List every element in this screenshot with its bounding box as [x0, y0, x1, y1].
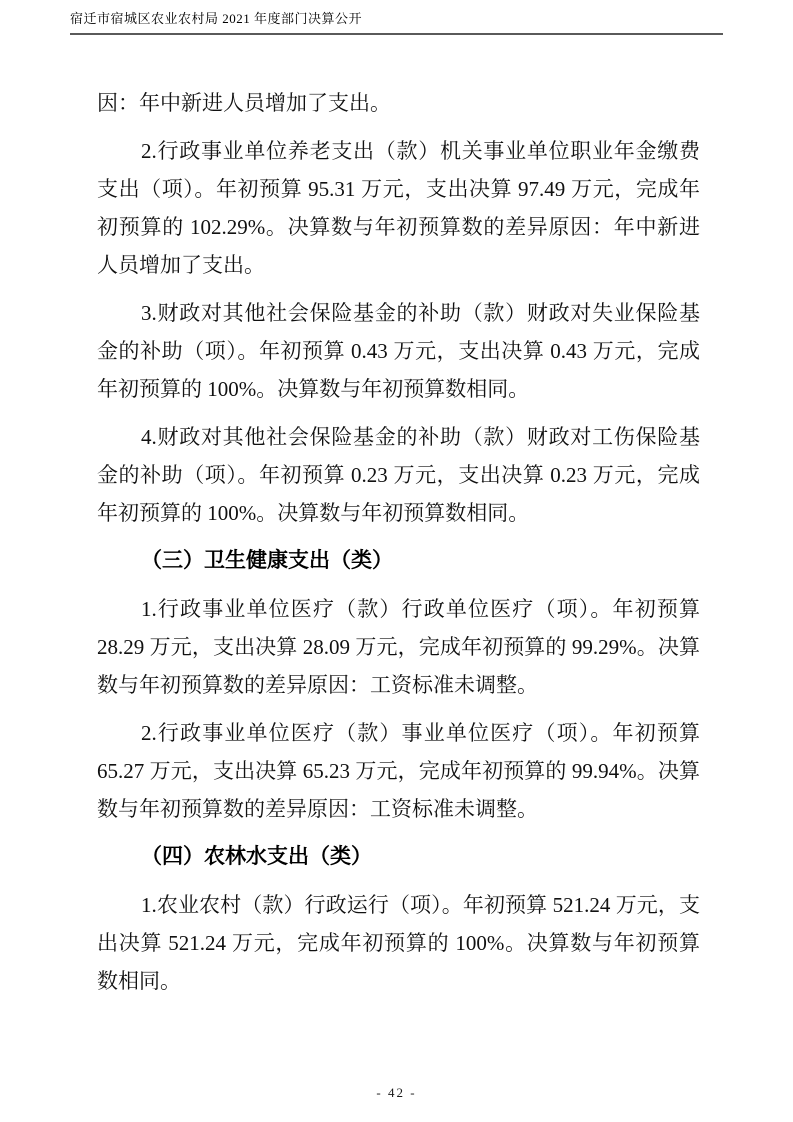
body-paragraph: 1.农业农村（款）行政运行（项）。年初预算 521.24 万元，支出决算 521…	[97, 886, 700, 1000]
page-footer: - 42 -	[0, 1084, 793, 1102]
body-paragraph: 3.财政对其他社会保险基金的补助（款）财政对失业保险基金的补助（项）。年初预算 …	[97, 294, 700, 408]
header-title: 宿迁市宿城区农业农村局 2021 年度部门决算公开	[70, 8, 723, 27]
body-paragraph: 因：年中新进人员增加了支出。	[97, 84, 700, 122]
section-heading: （三）卫生健康支出（类）	[97, 542, 700, 580]
body-paragraph: 2.行政事业单位养老支出（款）机关事业单位职业年金缴费支出（项）。年初预算 95…	[97, 132, 700, 284]
section-heading: （四）农林水支出（类）	[97, 838, 700, 876]
body-paragraph: 4.财政对其他社会保险基金的补助（款）财政对工伤保险基金的补助（项）。年初预算 …	[97, 418, 700, 532]
page-header: 宿迁市宿城区农业农村局 2021 年度部门决算公开	[70, 8, 723, 35]
body-paragraph: 2.行政事业单位医疗（款）事业单位医疗（项）。年初预算 65.27 万元，支出决…	[97, 714, 700, 828]
body-paragraph: 1.行政事业单位医疗（款）行政单位医疗（项）。年初预算 28.29 万元，支出决…	[97, 590, 700, 704]
page-number: - 42 -	[376, 1085, 416, 1100]
document-body: 因：年中新进人员增加了支出。2.行政事业单位养老支出（款）机关事业单位职业年金缴…	[97, 84, 700, 1010]
document-page: 宿迁市宿城区农业农村局 2021 年度部门决算公开 因：年中新进人员增加了支出。…	[0, 0, 793, 1122]
